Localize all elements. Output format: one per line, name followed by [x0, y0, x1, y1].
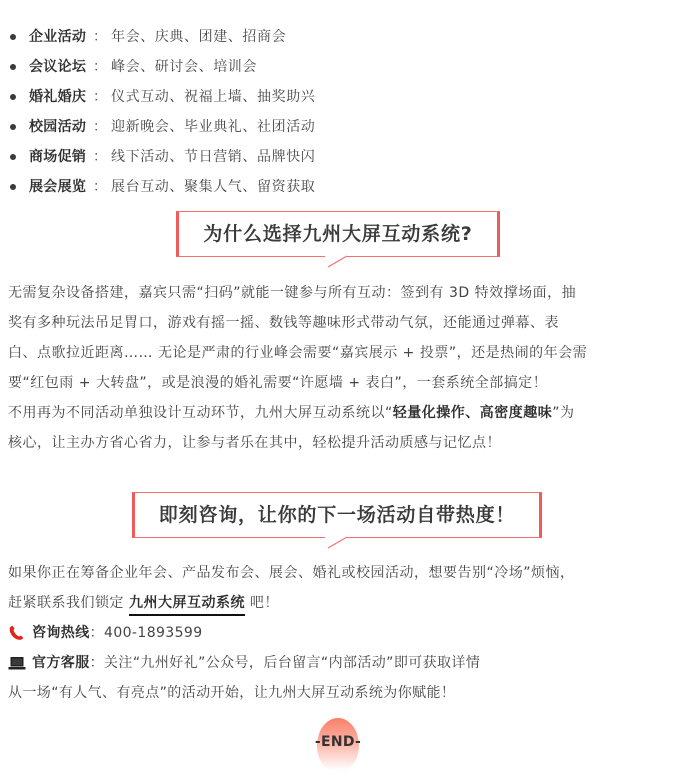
list-item-colon: ：: [93, 112, 107, 142]
end-marker: -END-: [314, 718, 362, 774]
section-heading-why: 为什么选择九州大屏互动系统?: [176, 211, 500, 257]
paragraph-text: 吧！: [245, 595, 279, 611]
list-item-colon: ：: [93, 52, 107, 82]
list-item-label: 会议论坛: [29, 52, 86, 82]
paragraph-line: 核心，让主办方省心省力，让参与者乐在其中，轻松提升活动质感与记忆点！: [8, 428, 501, 458]
phone-icon: [8, 625, 26, 641]
bullet-icon: [10, 64, 16, 70]
bullet-icon: [10, 124, 16, 130]
list-item-label: 展会展览: [29, 172, 86, 202]
paragraph-text: 赶紧联系我们锁定: [8, 595, 129, 611]
list-item-colon: ：: [93, 142, 107, 172]
paragraph-line: 白、点歌拉近距离…… 无论是严肃的行业峰会需要“嘉宾展示 + 投票”，还是热闹的…: [8, 338, 587, 368]
list-item-value: 展台互动、聚集人气、留资获取: [111, 172, 315, 202]
service-colon: ：: [90, 655, 104, 671]
list-item-value: 迎新晚会、毕业典礼、社团活动: [111, 112, 315, 142]
paragraph-line: 赶紧联系我们锁定 九州大屏互动系统 吧！: [8, 588, 279, 618]
paragraph-line: 无需复杂设备搭建，嘉宾只需“扫码”就能一键参与所有互动：签到有 3D 特效撑场面…: [8, 278, 576, 308]
paragraph-line: 不用再为不同活动单独设计互动环节，九州大屏互动系统以“轻量化操作、高密度趣味”为: [8, 398, 575, 428]
paragraph-text: 不用再为不同活动单独设计互动环节，九州大屏互动系统以“: [8, 405, 393, 421]
hotline-row: 咨询热线：400-1893599: [8, 618, 203, 648]
brand-link[interactable]: 九州大屏互动系统: [129, 595, 245, 616]
list-item-value: 峰会、研讨会、培训会: [111, 52, 257, 82]
highlight-text: 轻量化操作、高密度趣味: [393, 405, 553, 421]
service-label: 官方客服: [32, 655, 90, 671]
section-heading-contact: 即刻咨询，让你的下一场活动自带热度！: [132, 492, 542, 538]
callout-pointer-icon: [325, 255, 349, 269]
list-item-label: 企业活动: [29, 22, 86, 52]
bullet-icon: [10, 34, 16, 40]
closing-line: 从一场“有人气、有亮点”的活动开始，让九州大屏互动系统为你赋能！: [8, 678, 455, 708]
list-item-label: 校园活动: [29, 112, 86, 142]
bullet-icon: [10, 94, 16, 100]
paragraph-line: 要“红包雨 + 大转盘”，或是浪漫的婚礼需要“许愿墙 + 表白”，一套系统全部搞…: [8, 368, 547, 398]
list-item-label: 婚礼婚庆: [29, 82, 86, 112]
hotline-label: 咨询热线: [32, 625, 90, 641]
section-heading-text: 即刻咨询，让你的下一场活动自带热度！: [159, 504, 515, 526]
list-item-colon: ：: [93, 22, 107, 52]
list-item-value: 年会、庆典、团建、招商会: [111, 22, 286, 52]
list-item-label: 商场促销: [29, 142, 86, 172]
service-row: 官方客服：关注“九州好礼”公众号，后台留言“内部活动”即可获取详情: [8, 648, 480, 678]
paragraph-line: 奖有多种玩法吊足胃口，游戏有摇一摇、数钱等趣味形式带动气氛，还能通过弹幕、表: [8, 308, 559, 338]
list-item-colon: ：: [93, 172, 107, 202]
laptop-icon: [8, 655, 26, 671]
paragraph-text: ”为: [552, 405, 574, 421]
callout-pointer-icon: [325, 536, 349, 550]
bullet-icon: [10, 184, 16, 190]
end-label: -END-: [314, 734, 362, 750]
list-item-value: 线下活动、节日营销、品牌快闪: [111, 142, 315, 172]
list-item-colon: ：: [93, 82, 107, 112]
paragraph-line: 如果你正在筹备企业年会、产品发布会、展会、婚礼或校园活动，想要告别“冷场”烦恼，: [8, 558, 575, 588]
hotline-colon: ：: [90, 625, 104, 641]
bullet-icon: [10, 154, 16, 160]
section-heading-text: 为什么选择九州大屏互动系统?: [203, 223, 472, 245]
list-item-value: 仪式互动、祝福上墙、抽奖助兴: [111, 82, 315, 112]
hotline-number[interactable]: 400-1893599: [104, 625, 203, 641]
service-value: 关注“九州好礼”公众号，后台留言“内部活动”即可获取详情: [104, 655, 480, 671]
